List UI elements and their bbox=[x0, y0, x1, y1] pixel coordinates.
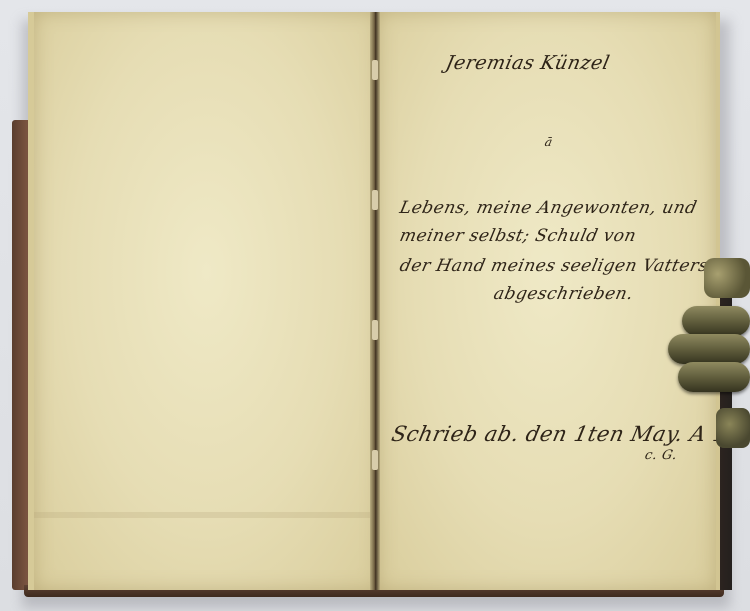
handwritten-line-4: abgeschrieben. bbox=[492, 284, 635, 304]
book-gutter bbox=[370, 12, 380, 590]
handwritten-line-1: Lebens, meine Angewonten, und bbox=[398, 198, 699, 218]
binding-stitch bbox=[372, 190, 378, 210]
clasp-cuff bbox=[716, 408, 750, 448]
binding-stitch bbox=[372, 450, 378, 470]
left-blank-page bbox=[28, 12, 379, 590]
clasp-finger bbox=[668, 334, 750, 364]
binding-stitch bbox=[372, 60, 378, 80]
handwritten-title: Jeremias Künzel bbox=[444, 52, 612, 74]
handwritten-line-2: meiner selbst; Schuld von bbox=[398, 226, 638, 246]
page-fold-line bbox=[34, 512, 379, 518]
clasp-finger bbox=[678, 362, 750, 392]
handwritten-line-3: der Hand meines seeligen Vatters bbox=[398, 256, 710, 276]
clasp-knuckles bbox=[704, 258, 750, 298]
brass-hand-clasp bbox=[668, 258, 750, 448]
clasp-finger bbox=[682, 306, 750, 336]
binding-stitch bbox=[372, 320, 378, 340]
handwritten-signature-mark: c. G. bbox=[643, 448, 678, 463]
